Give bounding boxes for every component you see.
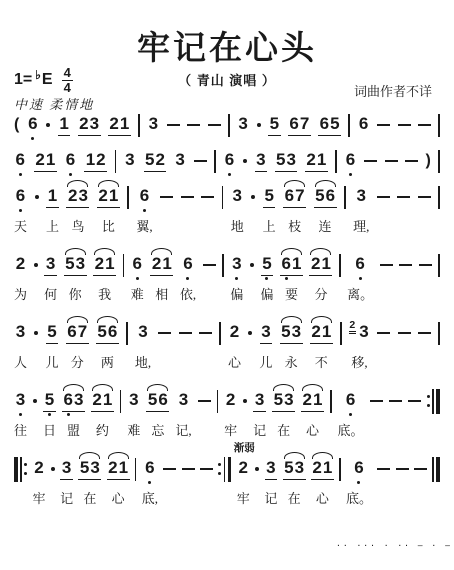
- note: 65: [318, 115, 341, 136]
- note-digit: 5: [97, 323, 107, 340]
- score-token: 6: [357, 110, 369, 140]
- score-token: 6: [27, 110, 39, 140]
- score-token: 6: [14, 146, 26, 176]
- score-token: 6: [223, 146, 235, 176]
- score-token: [222, 250, 224, 300]
- lyric: 牢: [224, 420, 237, 436]
- lyric: 儿: [259, 352, 272, 368]
- augmentation-dot: [257, 123, 261, 127]
- score-token: [251, 182, 255, 232]
- score-token: 3理,: [353, 182, 369, 232]
- note-digit: 2: [15, 255, 25, 272]
- score-token: 1上: [46, 182, 59, 232]
- barline: [222, 254, 224, 277]
- lyric: 地,: [135, 352, 151, 368]
- score-token: 6天: [14, 182, 27, 232]
- duration-dash: [419, 264, 432, 266]
- note-digit: 2: [98, 187, 108, 204]
- note-digit: 1: [291, 255, 301, 272]
- note: 3: [60, 459, 72, 480]
- note: 3: [358, 323, 370, 343]
- score-token: 23: [78, 110, 101, 140]
- note: 6: [357, 115, 369, 135]
- score-token: [339, 454, 341, 504]
- score-token: [167, 110, 180, 140]
- duration-dash: [389, 400, 402, 402]
- note-digit: 3: [73, 391, 83, 408]
- note-digit: 1: [316, 151, 326, 168]
- score-token: [438, 110, 440, 140]
- note-digit-low-octave: 6: [281, 255, 291, 272]
- score-token: 56连: [314, 182, 337, 232]
- score-token: [389, 386, 402, 436]
- duration-dash: [160, 196, 173, 198]
- note-digit: 3: [359, 323, 369, 340]
- note-group-slurred: 21: [301, 391, 324, 412]
- note-digit: 2: [306, 151, 316, 168]
- lyric: 鸟: [71, 216, 84, 232]
- note: 3: [147, 115, 159, 135]
- song-title: 牢记在心头: [0, 22, 454, 69]
- note-digit: 5: [273, 391, 283, 408]
- note-digit: 3: [286, 151, 296, 168]
- score-token: 3: [174, 146, 186, 176]
- repeat-dots: [24, 463, 27, 475]
- lyric: 何: [44, 284, 57, 300]
- dynamics-annotation: 渐弱: [234, 440, 255, 455]
- score-token: [194, 146, 207, 176]
- note-digit: 3: [129, 391, 139, 408]
- augmentation-dot: [34, 263, 38, 267]
- lyric: 难: [127, 420, 140, 436]
- note: 12: [84, 151, 107, 172]
- note-digit: 3: [291, 323, 301, 340]
- note-digit: 3: [15, 323, 25, 340]
- score-token: ): [426, 146, 431, 176]
- lyric: 比: [102, 216, 115, 232]
- score-token: [182, 454, 195, 504]
- note-digit: 1: [105, 255, 115, 272]
- score-token: [181, 182, 194, 232]
- score-token: 6: [344, 146, 356, 176]
- score-token: [127, 182, 129, 232]
- note-group-slurred: 63: [62, 391, 85, 412]
- note-digit: 7: [77, 323, 87, 340]
- score-token: 3往: [14, 386, 27, 436]
- score-token: [218, 454, 231, 504]
- barline: [135, 458, 137, 481]
- score-token: [243, 386, 247, 436]
- duration-dash: [396, 468, 409, 470]
- score-token: [214, 146, 216, 176]
- score-token: 53在: [78, 454, 101, 504]
- note-digit-low-octave: 5: [262, 255, 272, 272]
- score-token: [398, 318, 411, 368]
- note: 1: [46, 187, 58, 208]
- note-digit-low-octave: 6: [183, 255, 193, 272]
- note-digit: 7: [295, 187, 305, 204]
- note-digit: 2: [67, 187, 77, 204]
- lyric: 难: [131, 284, 144, 300]
- score-token: [377, 182, 390, 232]
- note: 3: [137, 323, 149, 343]
- barline: [138, 114, 140, 137]
- duration-dash: [179, 332, 192, 334]
- note: 3: [260, 323, 272, 344]
- score-token: [14, 454, 27, 504]
- duration-dash: [201, 196, 214, 198]
- note-digit: 1: [47, 187, 57, 204]
- lyric: 我: [98, 284, 111, 300]
- duration-dash: [163, 468, 176, 470]
- score-token: [370, 386, 383, 436]
- lyric: 在: [83, 488, 96, 504]
- score-token: [438, 250, 440, 300]
- duration-dash: [418, 124, 431, 126]
- note: 2: [224, 391, 236, 411]
- lyric: 为: [14, 284, 27, 300]
- score-token: 3: [255, 146, 267, 176]
- note-digit-low-octave: 6: [224, 151, 234, 168]
- score-token: [163, 454, 176, 504]
- score-token: 3何: [44, 250, 57, 300]
- score-token: 5日: [43, 386, 56, 436]
- note-digit-low-octave: 6: [28, 115, 38, 132]
- score-token: [187, 110, 200, 140]
- note: 3: [177, 391, 189, 411]
- score-token: [120, 386, 122, 436]
- augmentation-dot: [46, 123, 50, 127]
- augmentation-dot: [248, 331, 252, 335]
- lyric: 不: [315, 352, 328, 368]
- time-signature-numerator: 4: [62, 66, 73, 81]
- note: 3: [174, 151, 186, 171]
- score-token: 21心: [301, 386, 324, 436]
- score-token: 21: [34, 146, 57, 176]
- grace-note: 2: [349, 320, 356, 335]
- note: 52: [144, 151, 167, 172]
- duration-dash: [377, 332, 390, 334]
- score-token: 3地: [231, 182, 244, 232]
- final-barline: [432, 457, 440, 482]
- note-digit-low-octave: 6: [132, 255, 142, 272]
- note-digit: 2: [229, 323, 239, 340]
- lyric: 心: [112, 488, 125, 504]
- score-token: [34, 318, 38, 368]
- note-digit: 3: [294, 459, 304, 476]
- note-digit: 2: [225, 391, 235, 408]
- note-digit: 3: [78, 187, 88, 204]
- note-digit: 6: [319, 115, 329, 132]
- duration-dash: [187, 124, 200, 126]
- lyric: 心: [228, 352, 241, 368]
- duration-dash: [377, 124, 390, 126]
- note-digit: 7: [299, 115, 309, 132]
- note: 3: [231, 187, 243, 207]
- lyric: 翼,: [136, 216, 152, 232]
- score-token: [377, 454, 390, 504]
- score-token: [179, 318, 192, 368]
- note-digit: 6: [158, 391, 168, 408]
- note-group-slurred: 53: [283, 459, 306, 480]
- note-digit: 3: [254, 391, 264, 408]
- score-token: [201, 182, 214, 232]
- score-token: 63盟: [62, 386, 85, 436]
- note-group-slurred: 21: [311, 459, 334, 480]
- key-signature: 1= ♭ E 4 4: [14, 66, 73, 94]
- note: 3: [124, 151, 136, 171]
- score-token: 53你: [64, 250, 87, 300]
- note-digit-low-octave: 6: [355, 255, 365, 272]
- note-digit: 1: [321, 255, 331, 272]
- note-digit-low-octave: 3: [15, 391, 25, 408]
- barline: [438, 150, 440, 173]
- score-token: [222, 182, 224, 232]
- note: 5: [261, 255, 273, 276]
- note-digit: 6: [325, 187, 335, 204]
- barline: [340, 322, 342, 345]
- lyric: 永: [285, 352, 298, 368]
- score-token: 67分: [66, 318, 89, 368]
- score-token: [35, 182, 39, 232]
- augmentation-dot: [250, 263, 254, 267]
- lyric: 儿: [45, 352, 58, 368]
- barline: [438, 114, 440, 137]
- barline: [120, 390, 122, 413]
- sheet-music-page: 牢记在心头 （ 青山 演唱 ） 1= ♭ E 4 4 中速 柔情地 词曲作者不详…: [0, 0, 454, 570]
- note: 53: [275, 151, 298, 172]
- note-group-slurred: 56: [314, 187, 337, 208]
- score-token: [34, 250, 38, 300]
- score-token: [418, 318, 431, 368]
- lyric: 心: [316, 488, 329, 504]
- note-digit: 3: [356, 187, 366, 204]
- duration-dash: [167, 124, 180, 126]
- time-signature: 4 4: [62, 66, 73, 94]
- duration-dash: [194, 160, 207, 162]
- note: 21: [305, 151, 328, 172]
- score-token: [335, 146, 337, 176]
- score-token: 3难: [127, 386, 140, 436]
- duration-dash: [370, 400, 383, 402]
- score-token: 23移,: [349, 318, 370, 368]
- note: 6: [223, 151, 235, 171]
- note-digit: 2: [108, 459, 118, 476]
- lyric: 理,: [353, 216, 369, 232]
- duration-dash: [408, 400, 421, 402]
- lyric: 分: [314, 284, 327, 300]
- score-token: [217, 386, 219, 436]
- score-token: [199, 318, 212, 368]
- score-token: [398, 110, 411, 140]
- repeat-end-sign: [427, 389, 440, 414]
- duration-dash: [158, 332, 171, 334]
- lyric: 枝: [288, 216, 301, 232]
- duration-dash: [385, 160, 398, 162]
- lyric: 牢: [237, 488, 250, 504]
- note-digit: 3: [148, 115, 158, 132]
- note: 3: [255, 151, 267, 172]
- note-digit-low-octave: 6: [139, 187, 149, 204]
- duration-dash: [364, 160, 377, 162]
- note-digit: 6: [284, 187, 294, 204]
- score-token: [257, 110, 261, 140]
- close-paren: ): [426, 153, 431, 169]
- note-digit-low-octave: 6: [15, 151, 25, 168]
- barline: [438, 254, 440, 277]
- score-token: 21心: [311, 454, 334, 504]
- score-token: [228, 110, 230, 140]
- score-token: 渐弱2牢: [237, 454, 250, 504]
- duration-dash: [182, 468, 195, 470]
- note-group-slurred: 21: [107, 459, 130, 480]
- score-token: [208, 110, 221, 140]
- lyric: 在: [277, 420, 290, 436]
- note: 6: [182, 255, 194, 275]
- lyric: 地: [231, 216, 244, 232]
- note-digit: 1: [85, 151, 95, 168]
- note-digit: 5: [281, 323, 291, 340]
- note-digit: 3: [175, 151, 185, 168]
- note-digit: 2: [96, 151, 106, 168]
- note-digit: 1: [102, 391, 112, 408]
- note-group-slurred: 61: [280, 255, 303, 276]
- duration-dash: [397, 196, 410, 198]
- augmentation-dot: [243, 159, 247, 163]
- duration-dash: [208, 124, 221, 126]
- score-token: 2心: [228, 318, 241, 368]
- score-token: [405, 146, 418, 176]
- note-digit: 3: [90, 459, 100, 476]
- note-digit: 2: [34, 459, 44, 476]
- note-digit: 5: [284, 459, 294, 476]
- duration-dash: [203, 264, 216, 266]
- note-digit-low-octave: 6: [15, 187, 25, 204]
- score-token: [396, 454, 409, 504]
- score-token: [248, 318, 252, 368]
- note: 2: [228, 323, 240, 343]
- score-token: 3: [237, 110, 249, 140]
- score-token: [438, 146, 440, 176]
- note: 21: [34, 151, 57, 172]
- note: 6: [131, 255, 143, 275]
- note-digit: 1: [322, 459, 332, 476]
- duration-dash: [200, 468, 213, 470]
- note-digit: 3: [261, 323, 271, 340]
- score-token: 21不: [310, 318, 333, 368]
- note-digit: 2: [155, 151, 165, 168]
- score-token: 3记: [60, 454, 73, 504]
- lyric: 上: [263, 216, 276, 232]
- lyric: 忘: [151, 420, 164, 436]
- note-digit: 6: [358, 115, 368, 132]
- note-digit: 2: [302, 391, 312, 408]
- score-token: [46, 110, 50, 140]
- lyric: 心: [306, 420, 319, 436]
- score-token: [344, 182, 346, 232]
- barline: [339, 254, 341, 277]
- score-token: 3: [124, 146, 136, 176]
- augmentation-dot: [34, 331, 38, 335]
- score-token: [158, 318, 171, 368]
- lyric: 日: [43, 420, 56, 436]
- lyric: 底。: [346, 488, 372, 504]
- score-token: 6难: [131, 250, 144, 300]
- note: 6: [27, 115, 39, 135]
- note: 6: [354, 255, 366, 275]
- key-prefix: 1=: [14, 71, 32, 89]
- note-digit-low-octave: 6: [345, 391, 355, 408]
- lyric: 上: [46, 216, 59, 232]
- lyric: 记: [264, 488, 277, 504]
- note-digit: 5: [145, 151, 155, 168]
- note: 3: [355, 187, 367, 207]
- score-line: 6天1上23鸟21比6翼,3地5上67枝56连3理,: [14, 182, 440, 232]
- note-digit: 1: [119, 115, 129, 132]
- note-digit: 3: [238, 115, 248, 132]
- score-line: (61232133567656: [14, 110, 440, 140]
- note-group-slurred: 21: [310, 323, 333, 344]
- note: 3: [237, 115, 249, 135]
- note-group-slurred: 53: [64, 255, 87, 276]
- flat-icon: ♭: [35, 68, 41, 82]
- note-digit: 3: [178, 391, 188, 408]
- score-token: 3偏: [230, 250, 243, 300]
- score-token: [399, 250, 412, 300]
- note-digit: 5: [79, 459, 89, 476]
- note-digit: 1: [118, 459, 128, 476]
- lyric: 天: [14, 216, 27, 232]
- score-token: 52: [144, 146, 167, 176]
- score-token: 6: [64, 146, 76, 176]
- note: 21: [108, 115, 131, 136]
- note-digit: 3: [125, 151, 135, 168]
- score-token: 21心: [107, 454, 130, 504]
- lyric: 偏: [260, 284, 273, 300]
- note-digit: 5: [315, 187, 325, 204]
- score-token: [408, 386, 421, 436]
- score-token: 5上: [263, 182, 276, 232]
- lyric: 两: [101, 352, 114, 368]
- duration-dash: [405, 160, 418, 162]
- note: 2: [14, 255, 26, 275]
- score-token: [126, 318, 128, 368]
- note-digit: 6: [289, 115, 299, 132]
- barline: [339, 458, 341, 481]
- note-digit: 6: [67, 323, 77, 340]
- score-token: 56忘: [146, 386, 169, 436]
- note-digit: 1: [313, 391, 323, 408]
- score-token: 53: [275, 146, 298, 176]
- note-digit: 3: [266, 459, 276, 476]
- score-token: 2为: [14, 250, 27, 300]
- barline: [115, 150, 117, 173]
- score-token: 6底,: [142, 454, 158, 504]
- score-token: 5偏: [260, 250, 273, 300]
- note: 3: [265, 459, 277, 480]
- key-letter: E: [42, 71, 53, 89]
- score-token: [135, 454, 137, 504]
- note-digit: 5: [269, 115, 279, 132]
- score-token: 23鸟: [66, 182, 89, 232]
- note-digit: 6: [107, 323, 117, 340]
- note-digit: 2: [238, 459, 248, 476]
- note-group-slurred: 21: [91, 391, 114, 412]
- score-token: 21: [305, 146, 328, 176]
- score-token: 3人: [14, 318, 27, 368]
- score-token: 56两: [96, 318, 119, 368]
- score-token: [339, 250, 341, 300]
